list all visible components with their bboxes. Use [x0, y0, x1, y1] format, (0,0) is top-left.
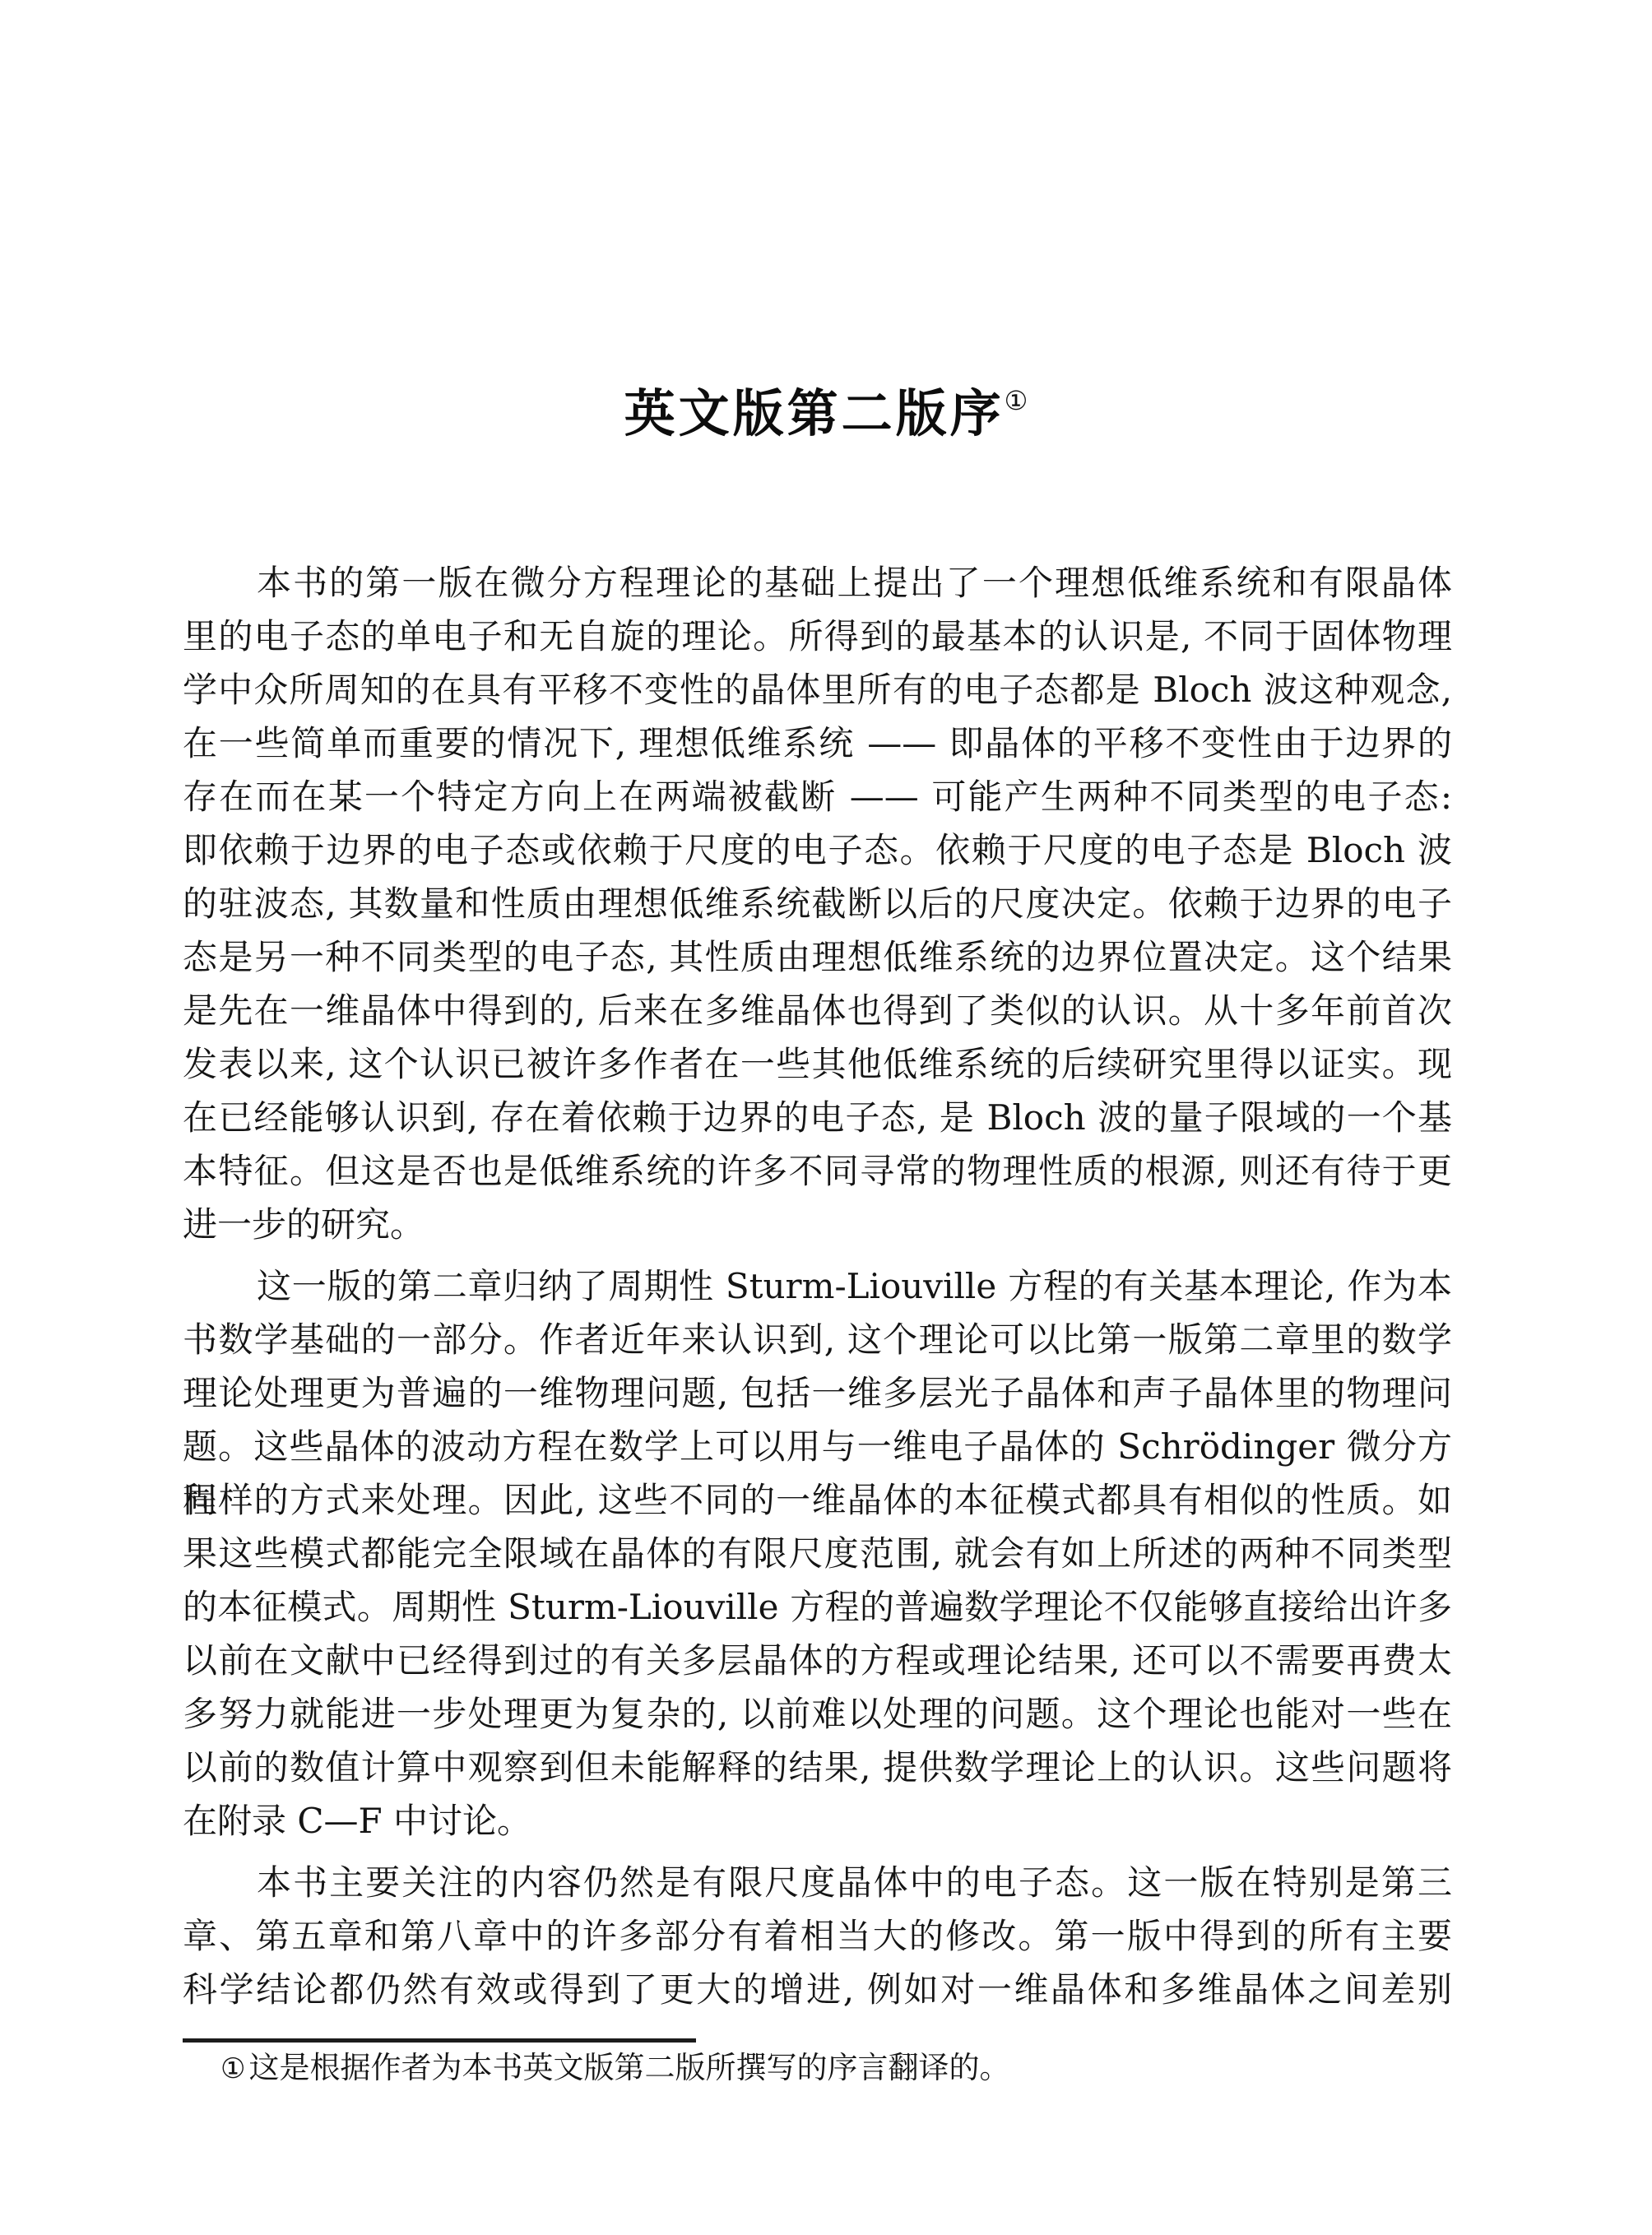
paragraph-1: 本书的第一版在微分方程理论的基础上提出了一个理想低维系统和有限晶体 里的电子态的…	[183, 556, 1452, 1251]
text-line: 学中众所周知的在具有平移不变性的晶体里所有的电子态都是 Bloch 波这种观念,	[183, 663, 1452, 716]
footnote: ①这是根据作者为本书英文版第二版所撰写的序言翻译的。	[183, 2047, 1490, 2089]
text-line: 题。这些晶体的波动方程在数学上可以用与一维电子晶体的 Schrödinger 微…	[183, 1420, 1452, 1473]
text-line: 果这些模式都能完全限域在晶体的有限尺度范围, 就会有如上所述的两种不同类型	[183, 1527, 1452, 1580]
footnote-marker: ①	[220, 2052, 245, 2085]
paragraph-3: 本书主要关注的内容仍然是有限尺度晶体中的电子态。这一版在特别是第三 章、第五章和…	[183, 1856, 1452, 2016]
text-line: 的驻波态, 其数量和性质由理想低维系统截断以后的尺度决定。依赖于边界的电子	[183, 877, 1452, 930]
text-line: 进一步的研究。	[183, 1198, 1452, 1251]
text-line: 的本征模式。周期性 Sturm-Liouville 方程的普遍数学理论不仅能够直…	[183, 1580, 1452, 1634]
text-line: 即依赖于边界的电子态或依赖于尺度的电子态。依赖于尺度的电子态是 Bloch 波	[183, 823, 1452, 877]
page-title-text: 英文版第二版序	[624, 383, 1005, 443]
body-text: 本书的第一版在微分方程理论的基础上提出了一个理想低维系统和有限晶体 里的电子态的…	[183, 556, 1452, 2016]
text-line: 本书主要关注的内容仍然是有限尺度晶体中的电子态。这一版在特别是第三	[183, 1856, 1452, 1909]
page-title: 英文版第二版序①	[0, 369, 1652, 446]
text-line: 多努力就能进一步处理更为复杂的, 以前难以处理的问题。这个理论也能对一些在	[183, 1687, 1452, 1741]
text-line: 以前在文献中已经得到过的有关多层晶体的方程或理论结果, 还可以不需要再费太	[183, 1634, 1452, 1687]
text-line: 章、第五章和第八章中的许多部分有着相当大的修改。第一版中得到的所有主要	[183, 1909, 1452, 1963]
text-line: 在附录 C—F 中讨论。	[183, 1794, 1452, 1848]
footnote-divider	[183, 2038, 696, 2043]
text-line: 同样的方式来处理。因此, 这些不同的一维晶体的本征模式都具有相似的性质。如	[183, 1473, 1452, 1527]
text-line: 本书的第一版在微分方程理论的基础上提出了一个理想低维系统和有限晶体	[183, 556, 1452, 610]
text-line: 这一版的第二章归纳了周期性 Sturm-Liouville 方程的有关基本理论,…	[183, 1259, 1452, 1313]
text-line: 理论处理更为普遍的一维物理问题, 包括一维多层光子晶体和声子晶体里的物理问	[183, 1366, 1452, 1420]
text-line: 本特征。但这是否也是低维系统的许多不同寻常的物理性质的根源, 则还有待于更	[183, 1144, 1452, 1198]
text-line: 态是另一种不同类型的电子态, 其性质由理想低维系统的边界位置决定。这个结果	[183, 930, 1452, 984]
text-line: 在已经能够认识到, 存在着依赖于边界的电子态, 是 Bloch 波的量子限域的一…	[183, 1091, 1452, 1144]
text-line: 存在而在某一个特定方向上在两端被截断 —— 可能产生两种不同类型的电子态:	[183, 770, 1452, 823]
footnote-text: 这是根据作者为本书英文版第二版所撰写的序言翻译的。	[248, 2050, 1009, 2085]
text-line: 科学结论都仍然有效或得到了更大的增进, 例如对一维晶体和多维晶体之间差别	[183, 1963, 1452, 2016]
text-line: 里的电子态的单电子和无自旋的理论。所得到的最基本的认识是, 不同于固体物理	[183, 610, 1452, 663]
text-line: 书数学基础的一部分。作者近年来认识到, 这个理论可以比第一版第二章里的数学	[183, 1313, 1452, 1366]
text-line: 在一些简单而重要的情况下, 理想低维系统 —— 即晶体的平移不变性由于边界的	[183, 716, 1452, 770]
text-line: 以前的数值计算中观察到但未能解释的结果, 提供数学理论上的认识。这些问题将	[183, 1741, 1452, 1794]
text-line: 是先在一维晶体中得到的, 后来在多维晶体也得到了类似的认识。从十多年前首次	[183, 984, 1452, 1037]
book-page: 英文版第二版序① 本书的第一版在微分方程理论的基础上提出了一个理想低维系统和有限…	[0, 0, 1652, 2235]
text-line: 发表以来, 这个认识已被许多作者在一些其他低维系统的后续研究里得以证实。现	[183, 1037, 1452, 1091]
paragraph-2: 这一版的第二章归纳了周期性 Sturm-Liouville 方程的有关基本理论,…	[183, 1259, 1452, 1848]
title-footnote-marker: ①	[1005, 385, 1028, 416]
